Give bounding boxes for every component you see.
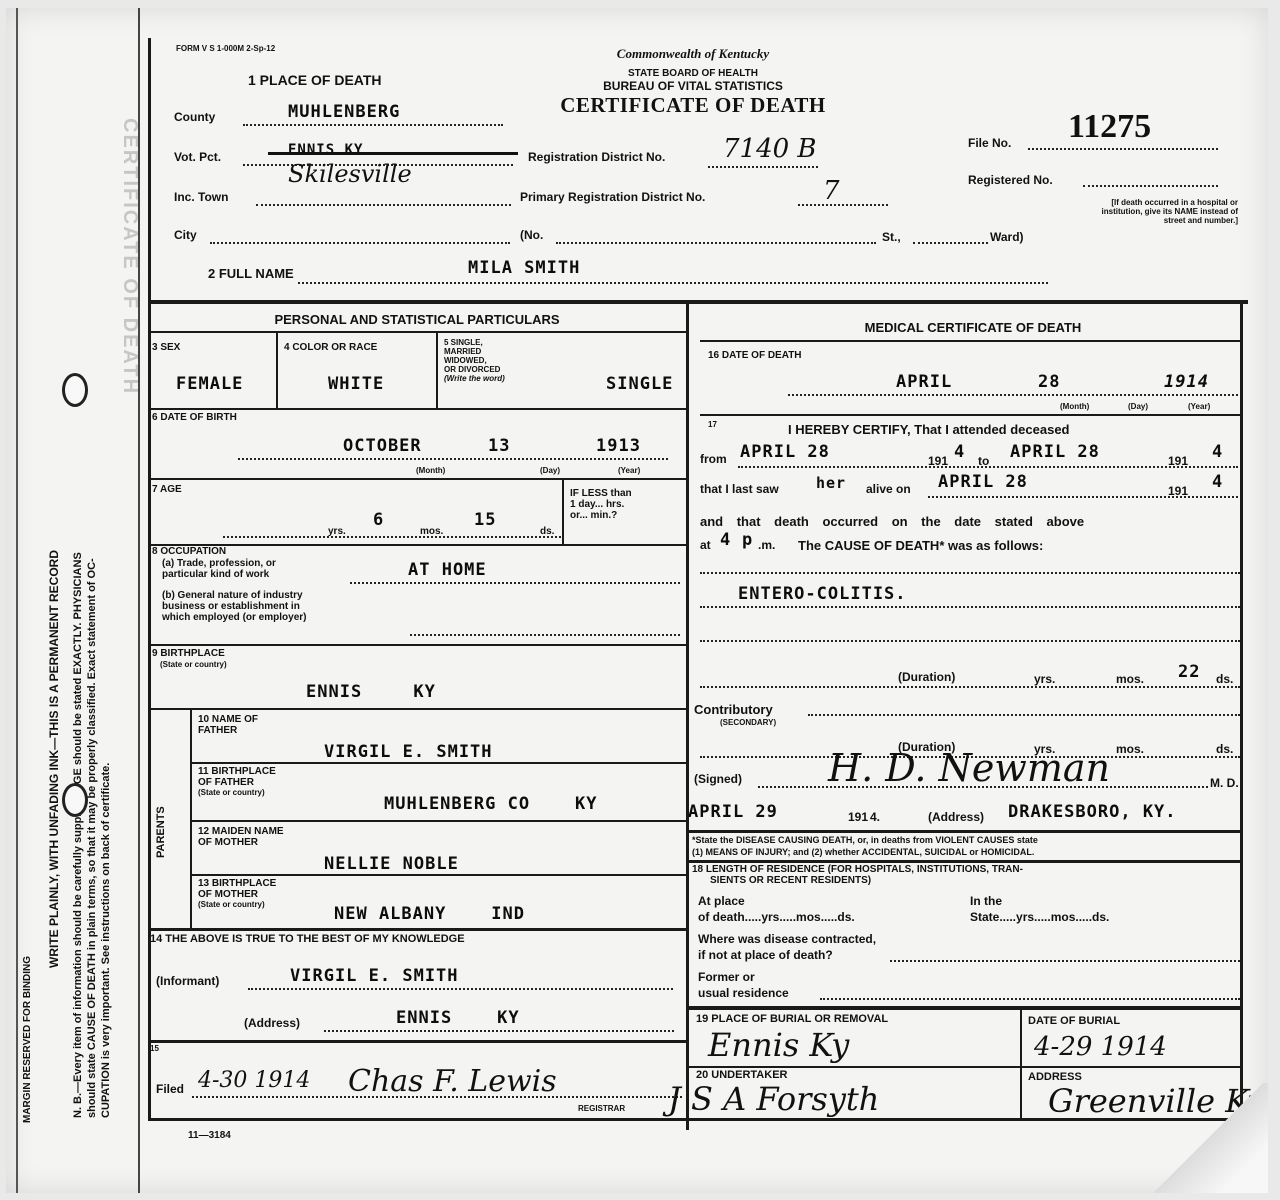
punch-hole-bottom [62,783,88,817]
father-bp-label-line: OF FATHER [198,777,276,788]
item-17-number: 17 [708,420,717,429]
medical-heading: MEDICAL CERTIFICATE OF DEATH [708,320,1238,335]
birthplace-sublabel: (State or country) [160,660,227,669]
row-rule [688,860,1240,863]
binding-margin: MARGIN RESERVED FOR BINDING WRITE PLAINL… [6,8,140,1193]
punch-hole-top [62,373,88,407]
bureau-heading: BUREAU OF VITAL STATISTICS [548,79,838,93]
reg-district-value: 7140 B [723,134,817,164]
primary-reg-label: Primary Registration District No. [520,190,705,204]
cause-footnote-1: *State the DISEASE CAUSING DEATH, or, in… [692,836,1038,845]
sex-race-divider [276,332,278,408]
file-number: 11275 [1068,108,1151,146]
contracted-label-2: if not at place of death? [698,948,833,962]
vot-pct-label: Vot. Pct. [174,150,221,164]
full-name-line [298,282,1048,284]
row-rule [148,544,686,546]
sex-value: FEMALE [176,374,243,394]
dod-day-caption: (Day) [1128,402,1148,411]
father-name-value: VIRGIL E. SMITH [324,742,493,762]
filed-date: 4-30 1914 [198,1068,310,1093]
registrar-label: REGISTRAR [578,1104,625,1113]
duration-days-value: 22 [1178,662,1200,682]
row-rule [190,820,686,822]
medical-heading-rule [700,340,1240,342]
mother-label-line: OF MOTHER [198,837,284,848]
age-months-value: 6 [373,510,384,530]
former-residence-label-1: Former or [698,970,755,984]
meridiem: p [742,530,753,550]
marital-label-line: WIDOWED, [444,356,505,365]
street-no-label: (No. [520,228,543,242]
race-label: 4 COLOR OR RACE [284,342,377,353]
file-no-label: File No. [968,136,1011,150]
city-line [210,242,510,244]
last-saw-year: 4 [1212,472,1223,492]
occupation-a-line: (a) Trade, profession, or [162,558,276,569]
age-mos-label: mos. [420,526,443,537]
occupation-a-block: (a) Trade, profession, or particular kin… [162,558,276,580]
age-line [223,536,561,538]
father-label-block: 10 NAME OF FATHER [198,714,258,736]
cause-line-1 [700,572,1240,574]
occupation-b-block: (b) General nature of industry business … [162,590,306,623]
informant-address-line [324,1030,674,1032]
state-board-heading: STATE BOARD OF HEALTH [548,68,838,79]
less-than-line: 1 day... hrs. [570,499,632,510]
residence-heading-2: SIENTS OR RECENT RESIDENTS) [710,875,871,886]
margin-rule [16,8,18,1193]
signed-year-prefix: 191 [848,810,868,824]
form-right-border [1240,300,1243,1120]
dod-year-caption: (Year) [1188,402,1210,411]
bleed-through-text: CERTIFICATE OF DEATH [118,118,141,395]
birthplace-label: 9 BIRTHPLACE [152,648,225,659]
informant-line [248,988,673,990]
duration-label: (Duration) [898,670,955,684]
dob-label: 6 DATE OF BIRTH [152,412,237,423]
vot-pct-handwritten: Skilesville [288,160,412,188]
burial-place-value: Ennis Ky [708,1026,849,1064]
age-divider [562,478,564,544]
personal-heading-rule [148,331,686,333]
mother-bp-label-line: OF MOTHER [198,889,276,900]
parents-side-label: PARENTS [156,806,167,858]
pronoun-value: her [816,474,846,492]
contracted-line [890,960,1240,962]
mother-birthplace-value: NEW ALBANY IND [334,904,525,924]
dod-line [788,394,1238,396]
burial-date-label: DATE OF BURIAL [1028,1016,1120,1027]
signed-label: (Signed) [694,772,742,786]
row-rule [190,874,686,876]
row-rule [148,928,686,931]
dob-month: OCTOBER [343,436,422,456]
row-rule [148,708,686,710]
marital-value: SINGLE [606,374,673,394]
section-divider [148,300,1248,304]
mother-bp-label-line: 13 BIRTHPLACE [198,878,276,889]
age-days-value: 15 [474,510,496,530]
last-saw-date: APRIL 28 [938,472,1028,492]
signed-date: APRIL 29 [688,802,778,822]
ward-label: Ward) [990,230,1024,244]
footer-code: 11—3184 [188,1130,231,1141]
father-bp-label-line: 11 BIRTHPLACE [198,766,276,777]
dob-day-caption: (Day) [540,466,560,475]
cause-line-2 [700,606,1240,608]
burial-divider [1020,1008,1022,1118]
reg-district-label: Registration District No. [528,150,665,164]
street-label: St., [882,230,901,244]
former-residence-line [820,998,1240,1000]
occupation-a-line-dots [350,582,680,584]
age-label: 7 AGE [152,484,182,495]
attended-to-year: 4 [1212,442,1223,462]
signed-year: 4. [870,810,880,824]
father-label-line: FATHER [198,725,258,736]
burial-date-value: 4-29 1914 [1034,1032,1167,1062]
burial-place-label: 19 PLACE OF BURIAL OR REMOVAL [696,1014,888,1025]
dod-day: 28 [1038,372,1060,392]
physician-address-value: DRAKESBORO, KY. [1008,802,1177,822]
less-than-line: IF LESS than [570,488,632,499]
mother-label-line: 12 MAIDEN NAME [198,826,284,837]
last-saw-line [928,496,1238,498]
row-rule [688,1006,1240,1010]
mother-birthplace-label-block: 13 BIRTHPLACE OF MOTHER (State or countr… [198,878,276,909]
contributory-line [808,714,1240,716]
from-label: from [700,452,727,466]
dod-year: 1914 [1164,372,1209,392]
undertaker-value: J S A Forsyth [668,1080,879,1118]
in-state-label-2: State.....yrs.....mos.....ds. [970,910,1109,924]
at-place-label-1: At place [698,894,745,908]
dob-year-caption: (Year) [618,466,640,475]
folded-corner [1148,1083,1268,1193]
attended-from-date: APRIL 28 [740,442,830,462]
reg-district-line [708,166,818,168]
county-label: County [174,110,215,124]
duration2-mos-label: mos. [1116,742,1144,756]
contracted-label-1: Where was disease contracted, [698,932,876,946]
write-plainly-notice: WRITE PLAINLY, WITH UNFADING INK—THIS IS… [48,550,60,968]
father-label-line: 10 NAME OF [198,714,258,725]
file-no-line [1028,148,1218,150]
row-rule [700,414,1240,416]
row-rule [190,762,686,764]
duration-mos-label: mos. [1116,672,1144,686]
from-year-prefix: 191 [928,454,948,468]
row-rule [148,644,686,646]
mother-name-value: NELLIE NOBLE [324,854,459,874]
occupation-b-line-dots [410,634,680,636]
margin-reserved-text: MARGIN RESERVED FOR BINDING [22,956,34,1123]
duration-ds-label: ds. [1216,672,1233,686]
ward-line [913,242,988,244]
vot-pct-struck-value: ENNIS KY [288,142,363,158]
full-name-label: 2 FULL NAME [208,266,294,281]
dob-month-caption: (Month) [416,466,445,475]
father-bp-label-line: (State or country) [198,788,276,797]
marital-label-block: 5 SINGLE, MARRIED WIDOWED, OR DIVORCED (… [444,338,505,383]
former-residence-label-2: usual residence [698,986,789,1000]
filed-number: 15 [150,1044,159,1053]
informant-heading: 14 THE ABOVE IS TRUE TO THE BEST OF MY K… [150,934,465,945]
certificate-header: Commonwealth of Kentucky STATE BOARD OF … [548,46,838,118]
m-label: .m. [758,538,775,552]
duration-yrs-label: yrs. [1034,672,1055,686]
full-name-value: MILA SMITH [468,258,580,278]
parents-divider [190,708,192,930]
registrar-signature: Chas F. Lewis [348,1064,557,1099]
mother-bp-label-line: (State or country) [198,900,276,909]
personal-heading: PERSONAL AND STATISTICAL PARTICULARS [148,312,686,327]
registered-no-label: Registered No. [968,173,1053,187]
secondary-label: (SECONDARY) [720,718,776,727]
residence-heading-1: 18 LENGTH OF RESIDENCE (FOR HOSPITALS, I… [692,864,1023,875]
occupation-b-line: which employed (or employer) [162,612,306,623]
physician-signature: H. D. Newman [828,746,1110,790]
cause-footnote-2: (1) MEANS OF INJURY; and (2) whether ACC… [692,848,1034,857]
inc-town-label: Inc. Town [174,190,228,204]
time-of-death: 4 [720,530,731,550]
primary-reg-line [798,204,888,206]
dob-line [238,458,668,460]
father-birthplace-value: MUHLENBERG CO KY [384,794,597,814]
inc-town-line [256,204,511,206]
street-no-line [556,242,876,244]
form-code: FORM V S 1-000M 2-Sp-12 [176,44,275,53]
to-year-prefix: 191 [1168,454,1188,468]
informant-address-label: (Address) [244,1016,300,1030]
row-rule [148,478,686,480]
row-rule [148,1040,686,1043]
row-rule [688,830,1240,833]
dob-day: 13 [488,436,510,456]
certify-statement: I HEREBY CERTIFY, That I attended deceas… [788,422,1070,437]
place-of-death-heading: 1 PLACE OF DEATH [248,72,382,88]
cause-of-death-value: ENTERO-COLITIS. [738,584,907,604]
in-state-label-1: In the [970,894,1002,908]
marital-label-line: (Write the word) [444,374,505,383]
md-label: M. D. [1210,776,1239,790]
certificate-title: CERTIFICATE OF DEATH [548,93,838,118]
registered-no-line [1083,185,1218,187]
race-value: WHITE [328,374,384,394]
commonwealth-heading: Commonwealth of Kentucky [548,46,838,62]
physician-address-label: (Address) [928,810,984,824]
mother-label-block: 12 MAIDEN NAME OF MOTHER [198,826,284,848]
contributory-label: Contributory [694,702,773,717]
occupation-b-line: (b) General nature of industry [162,590,306,601]
age-yrs-label: yrs. [328,526,346,537]
occupation-value: AT HOME [408,560,487,580]
less-than-line: or... min.? [570,510,632,521]
hospital-note: [If death occurred in a hospital or inst… [1088,198,1238,225]
cause-line-3 [700,640,1240,642]
dob-year: 1913 [596,436,641,456]
birthplace-value: ENNIS KY [306,682,436,702]
duration-line [700,686,1240,688]
occupation-b-line: business or establishment in [162,601,306,612]
marital-label-line: 5 SINGLE, [444,338,505,347]
dod-label: 16 DATE OF DEATH [708,350,802,361]
dod-month-caption: (Month) [1060,402,1089,411]
marital-label-line: OR DIVORCED [444,365,505,374]
at-place-label-2: of death.....yrs.....mos.....ds. [698,910,855,924]
less-than-day-block: IF LESS than 1 day... hrs. or... min.? [570,488,632,521]
age-ds-label: ds. [540,526,554,537]
instruction-note-line-1: N. B.—Every item of information should b… [72,552,84,1118]
row-rule [148,408,686,410]
father-birthplace-label-block: 11 BIRTHPLACE OF FATHER (State or countr… [198,766,276,797]
informant-value: VIRGIL E. SMITH [290,966,459,986]
attended-from-year: 4 [954,442,965,462]
city-label: City [174,228,197,242]
alive-on-label: alive on [866,482,911,496]
row-rule [688,1066,1240,1068]
instruction-note-line-2: should state CAUSE OF DEATH in plain ter… [86,558,98,1118]
last-saw-label: that I last saw [700,482,779,496]
occupation-a-line: particular kind of work [162,569,276,580]
strikethrough-line [268,152,518,155]
race-marital-divider [436,332,438,408]
cause-intro: The CAUSE OF DEATH* was as follows: [798,538,1043,553]
county-value: MUHLENBERG [288,102,400,122]
instruction-note-line-3: CUPATION is very important. See instruct… [100,763,112,1118]
informant-label: (Informant) [156,974,219,988]
occurred-statement: and that death occurred on the date stat… [700,514,1084,529]
informant-address-value: ENNIS KY [396,1008,520,1028]
sex-label: 3 SEX [152,342,180,353]
form-left-border [148,38,151,1120]
county-line [243,124,503,126]
occupation-label: 8 OCCUPATION [152,546,226,557]
filed-label: Filed [156,1082,184,1096]
certificate-form: FORM V S 1-000M 2-Sp-12 Commonwealth of … [148,38,1258,1128]
duration2-ds-label: ds. [1216,742,1233,756]
dod-month: APRIL [896,372,952,392]
attended-to-date: APRIL 28 [1010,442,1100,462]
primary-reg-value: 7 [823,176,840,206]
at-label: at [700,538,711,552]
death-certificate-sheet: MARGIN RESERVED FOR BINDING WRITE PLAINL… [6,8,1268,1193]
marital-label-line: MARRIED [444,347,505,356]
to-label: to [978,454,989,468]
last-saw-year-prefix: 191 [1168,484,1188,498]
